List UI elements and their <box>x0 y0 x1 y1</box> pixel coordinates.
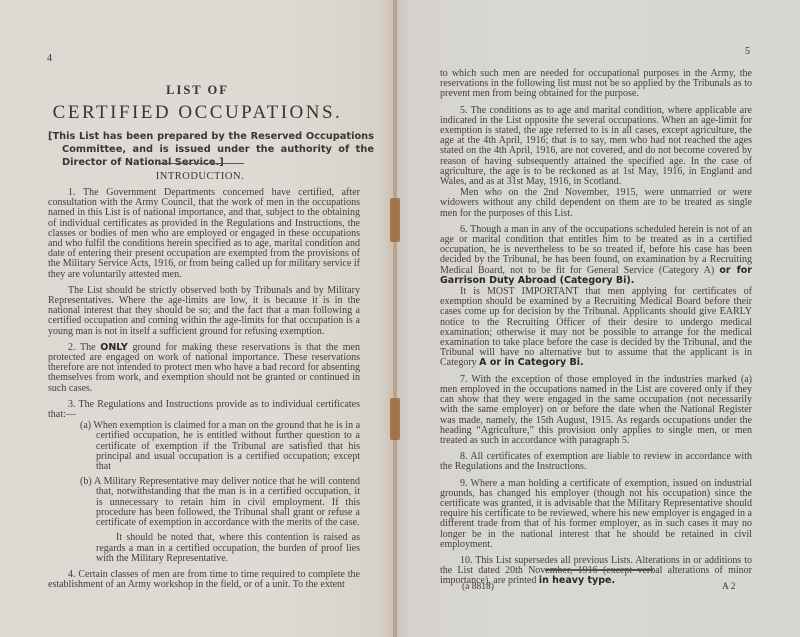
title-list-of: LIST OF <box>0 83 395 98</box>
paragraph-8: 8. All certificates of exemption are lia… <box>440 452 752 472</box>
paragraph-9: 9. Where a man holding a certificate of … <box>440 479 752 550</box>
right-body-text: to which such men are needed for occupat… <box>440 69 752 593</box>
signature-mark: A 2 <box>722 582 735 592</box>
paragraph-6: 6. Though a man in any of the occupation… <box>440 225 752 286</box>
paragraph-1b: The List should be strictly observed bot… <box>48 286 360 337</box>
paragraph-2: 2. The ONLY ground for making these rese… <box>48 343 360 394</box>
left-body-text: 1. The Government Departments concerned … <box>48 188 360 596</box>
paragraph-7: 7. With the exception of those employed … <box>440 375 752 446</box>
bold-heavy-type: in heavy type. <box>539 575 615 586</box>
divider-rule <box>158 163 244 164</box>
paragraph-3: 3. The Regulations and Instructions prov… <box>48 400 360 420</box>
rusted-staple-bottom <box>390 398 400 440</box>
paragraph-3a: (a) When exemption is claimed for a man … <box>48 421 360 472</box>
paragraph-4-continued: to which such men are needed for occupat… <box>440 69 752 100</box>
end-rule <box>545 569 653 571</box>
paragraph-3-note: It should be noted that, where this cont… <box>48 533 360 564</box>
paragraph-3b: (b) A Military Representative may delive… <box>48 477 360 528</box>
rusted-staple-top <box>390 198 400 242</box>
printer-code: (a 8818) <box>462 582 494 592</box>
left-page-number: 4 <box>47 53 52 64</box>
title-certified-occupations: CERTIFIED OCCUPATIONS. <box>0 102 395 124</box>
paragraph-4: 4. Certain classes of men are from time … <box>48 570 360 590</box>
introduction-heading: INTRODUCTION. <box>0 171 400 182</box>
bold-category: A or in Category Bi. <box>479 357 584 368</box>
paragraph-6b: It is MOST IMPORTANT that men applying f… <box>440 287 752 369</box>
paragraph-5: 5. The conditions as to age and marital … <box>440 106 752 188</box>
paragraph-1: 1. The Government Departments concerned … <box>48 188 360 280</box>
right-page-number: 5 <box>745 46 750 57</box>
paragraph-5b: Men who on the 2nd November, 1915, were … <box>440 188 752 219</box>
